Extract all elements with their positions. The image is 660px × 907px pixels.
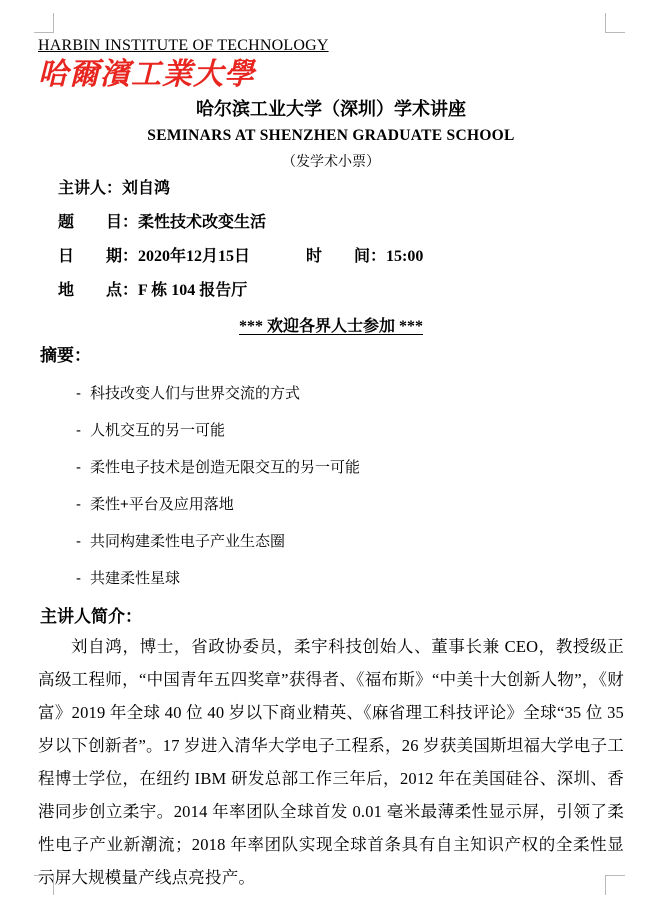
abstract-bullet-list: -科技改变人们与世界交流的方式 -人机交互的另一可能 -柔性电子技术是创造无限交… <box>76 383 624 589</box>
date-value: 2020年12月15日 <box>138 248 250 265</box>
bio-paragraph: 刘自鸿，博士，省政协委员，柔宇科技创始人、董事长兼 CEO，教授级正高级工程师，… <box>38 630 624 894</box>
bullet-dash: - <box>76 568 81 589</box>
welcome-line: *** 欢迎各界人士参加 *** <box>38 316 624 338</box>
list-item: -柔性电子技术是创造无限交互的另一可能 <box>76 457 624 478</box>
list-item: -共同构建柔性电子产业生态圈 <box>76 531 624 552</box>
bullet-dash: - <box>76 420 81 441</box>
bullet-text: 人机交互的另一可能 <box>90 422 225 439</box>
venue-label: 地 点： <box>58 282 138 299</box>
bullet-dash: - <box>76 494 81 515</box>
document-content: HARBIN INSTITUTE OF TECHNOLOGY 哈爾濱工業大學 哈… <box>0 0 660 894</box>
list-item: -共建柔性星球 <box>76 568 624 589</box>
topic-row: 题 目：柔性技术改变生活 <box>58 212 624 234</box>
university-name-en: HARBIN INSTITUTE OF TECHNOLOGY <box>38 36 624 56</box>
bullet-text: 科技改变人们与世界交流的方式 <box>90 385 300 402</box>
list-item: -柔性+平台及应用落地 <box>76 494 624 515</box>
document-page: HARBIN INSTITUTE OF TECHNOLOGY 哈爾濱工業大學 哈… <box>0 0 660 907</box>
text-boundary-corner-bottom-right <box>605 875 625 895</box>
seminar-title-cn: 哈尔滨工业大学（深圳）学术讲座 <box>38 98 624 120</box>
bullet-text: 柔性+平台及应用落地 <box>90 496 234 513</box>
bullet-dash: - <box>76 383 81 404</box>
ticket-note: （发学术小票） <box>38 152 624 170</box>
topic-value: 柔性技术改变生活 <box>138 214 266 231</box>
bio-heading: 主讲人简介： <box>40 605 624 628</box>
time-value: 15:00 <box>386 248 423 265</box>
text-boundary-corner-top-left <box>34 13 54 33</box>
venue-value: F 栋 104 报告厅 <box>138 282 247 299</box>
time-label: 时 间： <box>306 248 386 265</box>
university-logo-calligraphy: 哈爾濱工業大學 <box>38 56 624 94</box>
bullet-dash: - <box>76 457 81 478</box>
bullet-dash: - <box>76 531 81 552</box>
seminar-details: 主讲人：刘自鸿 题 目：柔性技术改变生活 日 期：2020年12月15日时 间：… <box>58 178 624 302</box>
speaker-row: 主讲人：刘自鸿 <box>58 178 624 200</box>
date-label: 日 期： <box>58 248 138 265</box>
bullet-text: 共同构建柔性电子产业生态圈 <box>90 533 285 550</box>
seminar-title-en: SEMINARS AT SHENZHEN GRADUATE SCHOOL <box>38 126 624 146</box>
text-boundary-corner-bottom-left <box>34 875 54 895</box>
bullet-text: 共建柔性星球 <box>90 570 180 587</box>
speaker-value: 刘自鸿 <box>122 180 170 197</box>
bullet-text: 柔性电子技术是创造无限交互的另一可能 <box>90 459 360 476</box>
text-boundary-corner-top-right <box>605 13 625 33</box>
time-group: 时 间：15:00 <box>306 248 423 265</box>
topic-label: 题 目： <box>58 214 138 231</box>
speaker-label: 主讲人： <box>58 180 122 197</box>
date-time-row: 日 期：2020年12月15日时 间：15:00 <box>58 246 624 268</box>
list-item: -人机交互的另一可能 <box>76 420 624 441</box>
abstract-heading: 摘要： <box>40 344 624 367</box>
list-item: -科技改变人们与世界交流的方式 <box>76 383 624 404</box>
date-group: 日 期：2020年12月15日 <box>58 246 306 268</box>
venue-row: 地 点：F 栋 104 报告厅 <box>58 280 624 302</box>
